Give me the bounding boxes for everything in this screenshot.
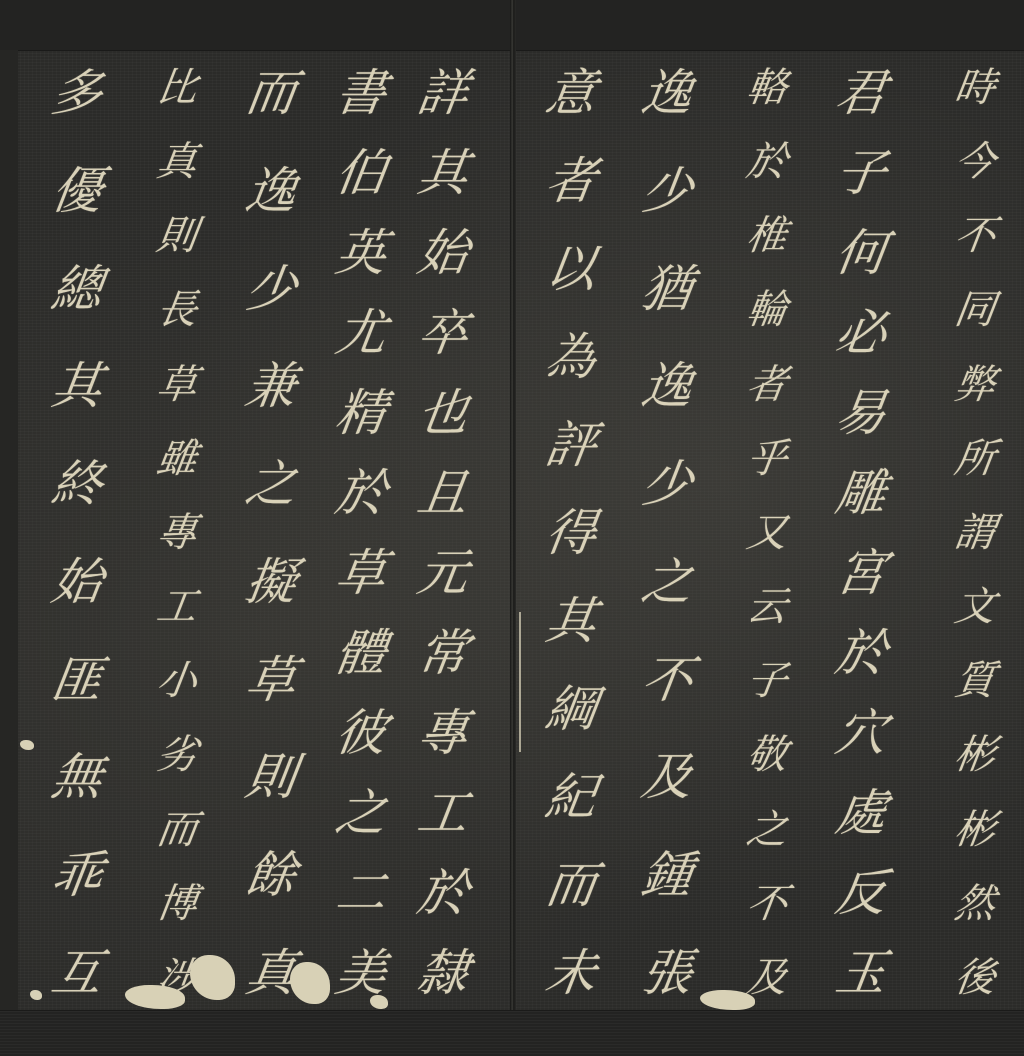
- calligraphy-character: 後: [952, 958, 998, 998]
- calligraphy-character: 以: [542, 244, 599, 294]
- calligraphy-character: 猶: [638, 264, 695, 314]
- calligraphy-character: 子: [744, 661, 790, 701]
- calligraphy-character: 之: [242, 459, 299, 509]
- calligraphy-character: 於: [744, 142, 790, 182]
- calligraphy-character: 乖: [48, 850, 105, 900]
- calligraphy-character: 始: [414, 228, 471, 278]
- calligraphy-character: 之: [638, 557, 695, 607]
- calligraphy-character: 擬: [242, 557, 299, 607]
- calligraphy-character: 玉: [832, 948, 889, 998]
- calligraphy-character: 時: [952, 68, 998, 108]
- calligraphy-character: 卒: [414, 308, 471, 358]
- calligraphy-character: 則: [154, 216, 200, 256]
- calligraphy-character: 彬: [952, 810, 998, 850]
- calligraphy-character: 及: [744, 958, 790, 998]
- text-column-8: 而逸少兼之擬草則餘真: [232, 68, 310, 998]
- calligraphy-character: 也: [414, 388, 471, 438]
- worn-patch: [30, 990, 42, 1000]
- calligraphy-character: 綱: [542, 684, 599, 734]
- text-column-10: 多優總其終始匪無乖互: [38, 68, 116, 998]
- calligraphy-character: 同: [952, 290, 998, 330]
- calligraphy-character: 終: [48, 459, 105, 509]
- calligraphy-character: 優: [48, 166, 105, 216]
- calligraphy-character: 體: [332, 628, 389, 678]
- calligraphy-character: 專: [414, 708, 471, 758]
- calligraphy-character: 乎: [744, 439, 790, 479]
- bottom-mounting-band: [0, 1010, 1024, 1056]
- calligraphy-character: 劣: [154, 735, 200, 775]
- calligraphy-character: 精: [332, 388, 389, 438]
- calligraphy-character: 其: [48, 361, 105, 411]
- calligraphy-character: 弊: [952, 365, 998, 405]
- calligraphy-character: 為: [542, 332, 599, 382]
- calligraphy-character: 輪: [744, 290, 790, 330]
- calligraphy-character: 少: [638, 459, 695, 509]
- calligraphy-character: 謂: [952, 513, 998, 553]
- calligraphy-character: 草: [332, 548, 389, 598]
- calligraphy-character: 文: [952, 587, 998, 627]
- calligraphy-character: 之: [744, 810, 790, 850]
- calligraphy-character: 輅: [744, 68, 790, 108]
- calligraphy-character: 及: [638, 752, 695, 802]
- calligraphy-character: 真: [154, 142, 200, 182]
- calligraphy-character: 元: [414, 548, 471, 598]
- text-column-7: 書伯英尤精於草體彼之二美: [322, 68, 400, 998]
- worn-patch: [700, 990, 755, 1010]
- calligraphy-character: 博: [154, 884, 200, 924]
- calligraphy-character: 草: [242, 655, 299, 705]
- calligraphy-character: 之: [332, 788, 389, 838]
- calligraphy-character: 云: [744, 587, 790, 627]
- text-column-5: 意者以為評得其綱紀而未: [532, 68, 610, 998]
- calligraphy-character: 評: [542, 420, 599, 470]
- worn-patch: [125, 985, 185, 1009]
- calligraphy-character: 者: [542, 156, 599, 206]
- calligraphy-character: 今: [952, 142, 998, 182]
- calligraphy-character: 未: [542, 948, 599, 998]
- calligraphy-character: 意: [542, 68, 599, 118]
- calligraphy-character: 彼: [332, 708, 389, 758]
- calligraphy-character: 質: [952, 661, 998, 701]
- calligraphy-character: 其: [414, 148, 471, 198]
- calligraphy-character: 必: [832, 308, 889, 358]
- calligraphy-character: 子: [832, 148, 889, 198]
- calligraphy-character: 其: [542, 596, 599, 646]
- calligraphy-character: 紀: [542, 772, 599, 822]
- calligraphy-character: 草: [154, 365, 200, 405]
- calligraphy-character: 不: [952, 216, 998, 256]
- calligraphy-character: 鍾: [638, 850, 695, 900]
- calligraphy-character: 始: [48, 557, 105, 607]
- calligraphy-character: 然: [952, 884, 998, 924]
- calligraphy-character: 於: [332, 468, 389, 518]
- calligraphy-character: 比: [154, 68, 200, 108]
- calligraphy-character: 所: [952, 439, 998, 479]
- calligraphy-character: 雖: [154, 439, 200, 479]
- calligraphy-character: 美: [332, 948, 389, 998]
- text-column-1: 時今不同弊所謂文質彬彬然後: [936, 68, 1014, 998]
- text-column-4: 逸少猶逸少之不及鍾張: [628, 68, 706, 998]
- calligraphy-character: 於: [414, 868, 471, 918]
- calligraphy-character: 椎: [744, 216, 790, 256]
- calligraphy-character: 餘: [242, 850, 299, 900]
- calligraphy-character: 逸: [638, 361, 695, 411]
- left-margin-strip: [0, 50, 18, 1010]
- calligraphy-character: 多: [48, 68, 105, 118]
- calligraphy-character: 易: [832, 388, 889, 438]
- calligraphy-character: 張: [638, 948, 695, 998]
- calligraphy-character: 互: [48, 948, 105, 998]
- calligraphy-character: 彬: [952, 735, 998, 775]
- calligraphy-character: 工: [414, 788, 471, 838]
- calligraphy-character: 而: [542, 860, 599, 910]
- calligraphy-character: 英: [332, 228, 389, 278]
- calligraphy-character: 又: [744, 513, 790, 553]
- seam-crack-line: [519, 612, 521, 752]
- calligraphy-character: 長: [154, 290, 200, 330]
- calligraphy-character: 匪: [48, 655, 105, 705]
- calligraphy-character: 逸: [638, 68, 695, 118]
- calligraphy-character: 無: [48, 752, 105, 802]
- calligraphy-character: 得: [542, 508, 599, 558]
- calligraphy-character: 處: [832, 788, 889, 838]
- calligraphy-character: 尤: [332, 308, 389, 358]
- calligraphy-character: 且: [414, 468, 471, 518]
- calligraphy-character: 二: [332, 868, 389, 918]
- calligraphy-character: 而: [154, 810, 200, 850]
- text-column-3: 輅於椎輪者乎又云子敬之不及: [728, 68, 806, 998]
- calligraphy-character: 常: [414, 628, 471, 678]
- calligraphy-character: 兼: [242, 361, 299, 411]
- calligraphy-character: 敬: [744, 735, 790, 775]
- calligraphy-character: 小: [154, 661, 200, 701]
- worn-patch: [20, 740, 34, 750]
- center-fold-seam: [510, 0, 516, 1056]
- calligraphy-character: 總: [48, 264, 105, 314]
- calligraphy-character: 宮: [832, 548, 889, 598]
- calligraphy-character: 專: [154, 513, 200, 553]
- calligraphy-character: 伯: [332, 148, 389, 198]
- calligraphy-character: 則: [242, 752, 299, 802]
- calligraphy-character: 逸: [242, 166, 299, 216]
- text-column-6: 詳其始卒也且元常專工於隸: [404, 68, 482, 998]
- calligraphy-character: 少: [242, 264, 299, 314]
- calligraphy-character: 不: [638, 655, 695, 705]
- calligraphy-character: 反: [832, 868, 889, 918]
- calligraphy-character: 少: [638, 166, 695, 216]
- calligraphy-character: 穴: [832, 708, 889, 758]
- calligraphy-character: 者: [744, 365, 790, 405]
- calligraphy-character: 詳: [414, 68, 471, 118]
- calligraphy-character: 隸: [414, 948, 471, 998]
- text-column-2: 君子何必易雕宮於穴處反玉: [822, 68, 900, 998]
- text-column-9: 比真則長草雖專工小劣而博涉: [138, 68, 216, 998]
- calligraphy-character: 於: [832, 628, 889, 678]
- calligraphy-character: 雕: [832, 468, 889, 518]
- calligraphy-character: 而: [242, 68, 299, 118]
- calligraphy-rubbing: 時今不同弊所謂文質彬彬然後 君子何必易雕宮於穴處反玉 輅於椎輪者乎又云子敬之不及…: [0, 0, 1024, 1056]
- worn-patch: [370, 995, 388, 1009]
- calligraphy-character: 不: [744, 884, 790, 924]
- calligraphy-character: 何: [832, 228, 889, 278]
- calligraphy-character: 書: [332, 68, 389, 118]
- calligraphy-character: 工: [154, 587, 200, 627]
- calligraphy-character: 君: [832, 68, 889, 118]
